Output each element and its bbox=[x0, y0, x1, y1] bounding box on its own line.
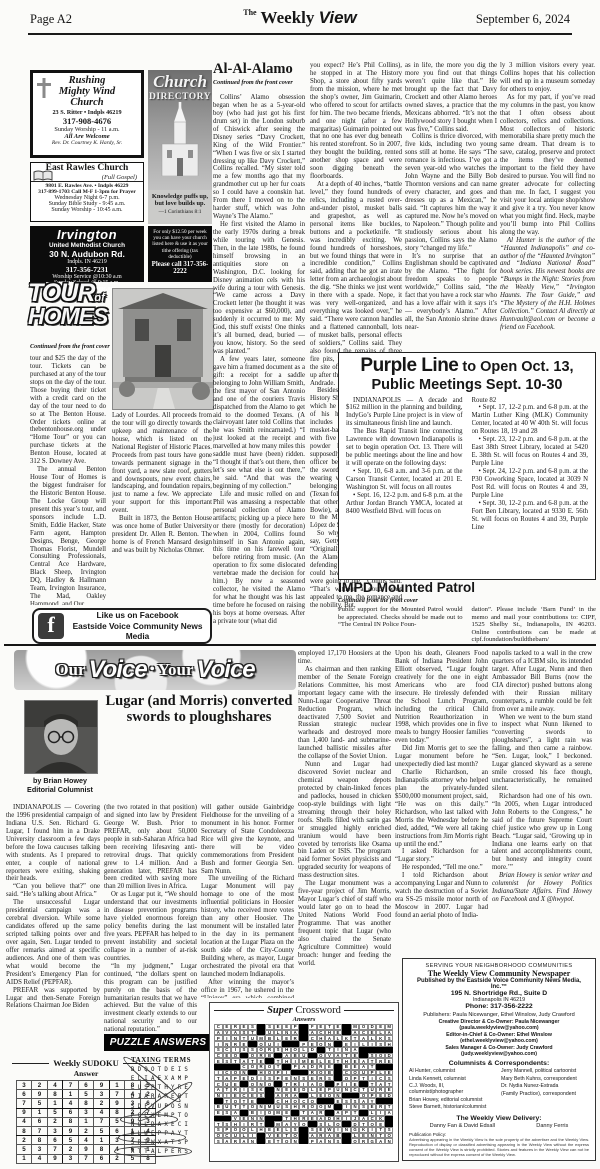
directory-title-caps: DIRECTORY bbox=[148, 92, 212, 102]
headline-rest: to Open Oct. 13, bbox=[458, 359, 573, 375]
paragraph: Did Jim Morris get to see the Lugar monu… bbox=[395, 745, 488, 769]
sudoku-cell: 8 bbox=[32, 1136, 48, 1145]
alamo-headline: Al-Al-Alamo bbox=[213, 61, 309, 78]
our-voice-banner: Our Voice • Your Voice bbox=[14, 650, 296, 690]
sudoku-cell: 9 bbox=[47, 1154, 63, 1163]
crossword-title-row: Super Crossword bbox=[214, 1005, 394, 1016]
paragraph: Charlie Richardson, an Indianapolis atto… bbox=[395, 769, 488, 848]
paragraph: Steve Barnett, historian/columnist bbox=[409, 1104, 497, 1110]
paragraph: PREFAR was supported by Lugar and then-S… bbox=[6, 987, 100, 1011]
sudoku-cell: 3 bbox=[47, 1126, 63, 1135]
sudoku-cell: 4 bbox=[94, 1108, 110, 1117]
crossword-answer-block: Super Crossword Answers CERESSEEPFETEMOD… bbox=[209, 1002, 399, 1162]
wordsearch-row: SDFVUPOSN bbox=[112, 1103, 210, 1112]
sudoku-cell: 4 bbox=[16, 1117, 32, 1126]
purple-line-column-2: Route 82• Sept. 17, 12-2 p.m. and 6-8 p.… bbox=[472, 397, 589, 565]
paragraph: Public support for the Mounted Patrol wo… bbox=[338, 606, 463, 629]
newspaper-title: The Weekly View Community Newspaper bbox=[409, 969, 589, 978]
paragraph: As for my part, if you’ve read my column… bbox=[500, 94, 595, 237]
sudoku-cell: 6 bbox=[78, 1081, 94, 1090]
wordsearch-row: LUSPTHYRE bbox=[112, 1084, 210, 1093]
sudoku-cell: 9 bbox=[32, 1090, 48, 1099]
sudoku-cell: 4 bbox=[47, 1081, 63, 1090]
sudoku-cell: 8 bbox=[94, 1145, 110, 1154]
sudoku-cell: 8 bbox=[16, 1126, 32, 1135]
sudoku-title: Weekly SUDOKU bbox=[53, 1058, 118, 1068]
paragraph: • Sept. 17, 12-2 p.m. and 6-8 p.m. at th… bbox=[472, 404, 589, 436]
issue-date: September 6, 2024 bbox=[476, 12, 570, 27]
sudoku-cell: 5 bbox=[47, 1108, 63, 1117]
sudoku-cell: 1 bbox=[94, 1136, 110, 1145]
columnist-avatar bbox=[24, 700, 98, 774]
crossword-cell: O bbox=[282, 1138, 291, 1144]
sudoku-cell: 5 bbox=[32, 1099, 48, 1108]
crossword-cell bbox=[257, 1138, 266, 1144]
masthead-the: The bbox=[243, 8, 256, 17]
banner-word: Your bbox=[158, 660, 194, 680]
sudoku-cell: 9 bbox=[16, 1108, 32, 1117]
facebook-icon: f bbox=[38, 613, 64, 639]
paragraph: He first visited the Alamo in the early … bbox=[213, 221, 305, 356]
purple-line-article: Purple Line to Open Oct. 13, Public Meet… bbox=[338, 352, 596, 580]
paragraph: ly 3 million visitors every year. Collin… bbox=[500, 62, 595, 94]
sudoku-cell: 5 bbox=[16, 1145, 32, 1154]
church-listing-ad: For only $12.50 per week you can have yo… bbox=[148, 226, 212, 282]
crossword-cell: N bbox=[385, 1138, 394, 1144]
alamo-column-3: as in life, the more you dig the more yo… bbox=[405, 62, 497, 350]
cross-icon bbox=[36, 77, 52, 104]
sudoku-cell: 1 bbox=[63, 1090, 79, 1099]
wordsearch-row: ELIAEXAMP bbox=[112, 1075, 210, 1084]
lugar-column-6: napolis tacked to a wall in the crew qua… bbox=[492, 650, 592, 950]
church-address: 30 N. Audubon Rd. bbox=[30, 249, 144, 259]
columnists-left: Al Hunter, columnistLinda Kennett, colum… bbox=[409, 1068, 497, 1112]
paragraph: Al Hunter is the author of the “Haunted … bbox=[500, 237, 595, 332]
sudoku-cell: 7 bbox=[94, 1117, 110, 1126]
paragraph: Richardson had one of his own. “In 2005,… bbox=[492, 793, 592, 872]
paragraph: “In my judgment,” Lugar continued, “the … bbox=[104, 963, 197, 1032]
crossword-cell: S bbox=[334, 1138, 343, 1144]
crossword-cell: N bbox=[325, 1138, 334, 1144]
sudoku-cell: 3 bbox=[32, 1145, 48, 1154]
newspaper-page: Page A2 The Weekly View September 6, 202… bbox=[0, 0, 600, 1169]
listing-ad-phone: Please call 317-356-2222 bbox=[151, 261, 209, 275]
paragraph: Life and music rolled on and Phil was am… bbox=[213, 491, 305, 626]
directory-title-script: Church bbox=[148, 72, 212, 92]
owners-list: Creative Director & Co-Owner: Paula Nice… bbox=[409, 1019, 589, 1057]
headline-line1: Lugar (and Morris) converted bbox=[102, 694, 296, 710]
paragraph: Dr. Nydia Nunez-Estrada bbox=[501, 1083, 589, 1089]
lugar-headline: Lugar (and Morris) converted swords to p… bbox=[102, 694, 296, 726]
paragraph: The Lugar monument was a five-year proje… bbox=[298, 880, 391, 967]
pastor-name: Rev. Dr. Courtney K. Hardy, Sr. bbox=[33, 140, 141, 146]
puzzle-answers-banner: PUZZLE ANSWERS bbox=[104, 1034, 212, 1051]
paragraph: napolis tacked to a wall in the crew qua… bbox=[492, 650, 592, 714]
paragraph: (the two rotated in that position) and s… bbox=[104, 804, 197, 891]
paragraph: Brian Howey, editorial columnist bbox=[409, 1097, 497, 1103]
irvington-umc-ad: Irvington United Methodist Church 30 N. … bbox=[30, 226, 144, 282]
paragraph: Built in 1873, the Benton House was once… bbox=[112, 515, 212, 555]
headline-rest: Mounted Patrol bbox=[373, 580, 475, 595]
delivery-person: Danny Fan & David Edsall bbox=[430, 1123, 495, 1129]
purple-line-column-1: INDIANAPOLIS — A decade and $162 million… bbox=[346, 397, 463, 565]
sudoku-cell: 2 bbox=[78, 1126, 94, 1135]
welcome-line: All Are Welcome bbox=[33, 133, 141, 140]
lugar-column-1: INDIANAPOLIS — Covering the 1996 preside… bbox=[6, 804, 100, 1030]
paragraph: “Can you believe that?” one said. “He’s … bbox=[6, 883, 100, 899]
tour-of-homes-logo: TOURof HOMES bbox=[28, 282, 112, 328]
masthead-view: View bbox=[319, 8, 357, 27]
purple-line-headline-2: Public Meetings Sept. 10-30 bbox=[346, 377, 588, 393]
paragraph: Brian Howey is senior writer and columni… bbox=[492, 872, 592, 904]
byline: by Brian Howey Editorial Columnist bbox=[8, 776, 112, 794]
paragraph: C.J. Woods, III, columnist/photographer bbox=[409, 1083, 497, 1095]
sudoku-cell: 5 bbox=[94, 1126, 110, 1135]
crossword-cell bbox=[299, 1138, 308, 1144]
paragraph: He responded, “Tell me one.” bbox=[395, 864, 488, 872]
byline-name: by Brian Howey bbox=[8, 776, 112, 785]
rushing-church-ad: Rushing Mighty Wind Church 23 S. Ritter … bbox=[30, 70, 144, 158]
paragraph: It’s no surprise that an Englishman shou… bbox=[405, 253, 497, 332]
tour-article-column-1: tour and $25 the day of the tour. Ticket… bbox=[30, 355, 106, 605]
paragraph: When we went to the burn stand to inspec… bbox=[492, 714, 592, 793]
sudoku-cell: 2 bbox=[47, 1117, 63, 1126]
sudoku-cell: 7 bbox=[78, 1154, 94, 1163]
facebook-promo-text: Like us on Facebook Eastside Voice Commu… bbox=[69, 610, 206, 641]
masthead-info-box: SERVING YOUR NEIGHBORHOOD COMMUNITIES Th… bbox=[402, 958, 596, 1161]
office-address: 195 N. Shortridge Rd., Suite D bbox=[409, 990, 589, 997]
facebook-line2: Eastside Voice Community News Media bbox=[69, 621, 206, 642]
sudoku-cell: 9 bbox=[78, 1145, 94, 1154]
church-phone: 317-356-7231 bbox=[30, 265, 144, 274]
paragraph: Sales Manager & Co-Owner: Judy Crawford … bbox=[409, 1045, 589, 1057]
verse-reference: —1 Corinthians 8:1 bbox=[148, 209, 212, 215]
sudoku-cell: 6 bbox=[94, 1154, 110, 1163]
crossword-cell: G bbox=[368, 1138, 377, 1144]
impd-column-2: dation”. Please include ‘Barn Fund’ in t… bbox=[472, 606, 597, 644]
sudoku-cell: 2 bbox=[32, 1081, 48, 1090]
service-time: Sunday Worship - 10:45 a.m. bbox=[31, 207, 143, 213]
sudoku-cell: 3 bbox=[16, 1081, 32, 1090]
crossword-cell: R bbox=[359, 1138, 368, 1144]
lugar-column-5: Upon his death, Gleaners Food Bank of In… bbox=[395, 650, 488, 952]
crossword-cell: A bbox=[376, 1138, 385, 1144]
verse-text: Knowledge puffs up, but love builds up. bbox=[148, 193, 212, 208]
sudoku-cell: 4 bbox=[32, 1154, 48, 1163]
paragraph: INDIANAPOLIS — A decade and $162 million… bbox=[346, 397, 463, 429]
paragraph: Route 82 bbox=[472, 397, 589, 405]
masthead-weekly: Weekly bbox=[261, 8, 315, 27]
sudoku-cell: 1 bbox=[16, 1154, 32, 1163]
crossword-cell: P bbox=[308, 1138, 317, 1144]
church-address: 23 S. Ritter • Indpls 46219 bbox=[33, 109, 141, 116]
sudoku-cell: 1 bbox=[32, 1108, 48, 1117]
paragraph: The unsuccessful Lugar presidential camp… bbox=[6, 899, 100, 986]
office-phone: Phone: 317-356-2222 bbox=[409, 1003, 589, 1010]
listing-ad-text: For only $12.50 per week you can have yo… bbox=[151, 229, 209, 260]
church-logo-text: Irvington bbox=[30, 227, 144, 242]
continued-note: Continued from the front cover bbox=[338, 597, 596, 604]
title-rule bbox=[344, 1010, 394, 1011]
sudoku-cell: 2 bbox=[63, 1145, 79, 1154]
wordsearch-row: SRTWXATSP bbox=[112, 1139, 210, 1148]
paragraph: (Family Practice), correspondent bbox=[501, 1091, 589, 1097]
paragraph: • Sept. 10, 6-8 a.m. and 3-6 p.m. at the… bbox=[346, 468, 463, 492]
paragraph: The Bus Rapid Transit line connecting La… bbox=[346, 428, 463, 468]
paragraph: As chairman and then ranking member of t… bbox=[298, 666, 391, 761]
columnists-heading: Columnists & Correspondents: bbox=[409, 1060, 589, 1067]
headline-bold: IMPD bbox=[338, 580, 373, 595]
church-phone: 317-899-1703 Call M-F 1-3pm for Prayer bbox=[31, 189, 143, 195]
header-rule bbox=[28, 33, 572, 35]
paragraph: Collins is thrice divorced, with five ki… bbox=[405, 133, 497, 252]
title-rule bbox=[214, 1010, 264, 1011]
sudoku-cell: 6 bbox=[63, 1108, 79, 1117]
crossword-cell: A bbox=[317, 1138, 326, 1144]
paragraph: as in life, the more you dig the more yo… bbox=[405, 62, 497, 133]
impd-article: IMPD Mounted Patrol Continued from the f… bbox=[338, 580, 596, 644]
wordsearch-row: DIARAREBT bbox=[112, 1093, 210, 1102]
crossword-title-rest: Crossword bbox=[293, 1005, 341, 1016]
sudoku-cell: 3 bbox=[63, 1154, 79, 1163]
sudoku-cell: 6 bbox=[32, 1117, 48, 1126]
sudoku-cell: 6 bbox=[16, 1090, 32, 1099]
crossword-cell bbox=[342, 1138, 351, 1144]
lugar-column-4: employed 17,170 Hoosiers at the time.As … bbox=[298, 650, 391, 998]
continued-note: Continued from the front cover bbox=[30, 343, 110, 350]
paragraph: Collins’ Alamo obsession began when he a… bbox=[213, 94, 305, 221]
paragraph: Upon his death, Gleaners Food Bank of In… bbox=[395, 650, 488, 745]
wordsearch-title: TAXING TERMS bbox=[112, 1056, 210, 1064]
worship-time: Sunday Worship - 11 a.m. bbox=[33, 126, 141, 133]
sudoku-cell: 8 bbox=[78, 1099, 94, 1108]
sudoku-cell: 5 bbox=[63, 1136, 79, 1145]
banner-word: Our bbox=[55, 660, 85, 680]
columnists-right: Jerry Mannell, political cartoonistMary … bbox=[501, 1068, 589, 1112]
paragraph: you expect? He’s Phil Collins), he stopp… bbox=[310, 62, 402, 181]
paragraph: A few years later, someone gave him a fr… bbox=[213, 356, 305, 491]
church-name: United Methodist Church bbox=[30, 242, 144, 249]
crossword-cell: R bbox=[231, 1138, 240, 1144]
sudoku-cell: 8 bbox=[63, 1117, 79, 1126]
byline-role: Editorial Columnist bbox=[8, 785, 112, 794]
crossword-cell: S bbox=[214, 1138, 223, 1144]
paragraph: • Sept. 23, 12-2 p.m. and 6-8 p.m. at th… bbox=[472, 436, 589, 468]
tour-logo-word: HOMES bbox=[28, 306, 112, 328]
scripture-verse: Knowledge puffs up, but love builds up. … bbox=[148, 190, 212, 224]
paragraph: The unveiling of the Richard Lugar Monum… bbox=[201, 875, 294, 978]
purple-line-headline: Purple Line to Open Oct. 13, bbox=[346, 356, 588, 377]
paragraph: I asked Richardson for a “Lugar story.” bbox=[395, 848, 488, 864]
publishers-line: Publishers: Paula Nicewanger, Ethel Wins… bbox=[409, 1012, 589, 1018]
paragraph: Nunn and Lugar had discovered Soviet nuc… bbox=[298, 761, 391, 880]
paragraph: INDIANAPOLIS — Covering the 1996 preside… bbox=[6, 804, 100, 883]
alamo-column-4: ly 3 million visitors every year. Collin… bbox=[500, 62, 595, 350]
crossword-cell: N bbox=[248, 1138, 257, 1144]
crossword-cell: O bbox=[351, 1138, 360, 1144]
sudoku-cell: 7 bbox=[16, 1099, 32, 1108]
church-phone: 317-908-4676 bbox=[33, 116, 141, 126]
paragraph: Jerry Mannell, political cartoonist bbox=[501, 1068, 589, 1074]
crossword-cell: A bbox=[223, 1138, 232, 1144]
sudoku-cell: 6 bbox=[47, 1136, 63, 1145]
church-steeple-icon bbox=[148, 163, 212, 180]
paragraph: Creative Director & Co-Owner: Paula Nice… bbox=[409, 1019, 589, 1031]
continued-note: Continued from the front cover bbox=[213, 79, 309, 86]
impd-column-1: Public support for the Mounted Patrol wo… bbox=[338, 606, 463, 644]
wordsearch-row: PCEXEMPTO bbox=[112, 1112, 210, 1121]
crossword-cell: N bbox=[291, 1138, 300, 1144]
sudoku-cell: 4 bbox=[78, 1136, 94, 1145]
delivery-row: Danny Fan & David Edsall Danny Ferris bbox=[409, 1123, 589, 1129]
lugar-column-2: (the two rotated in that position) and s… bbox=[104, 804, 197, 1032]
lugar-column-3: will gather outside Gainbridge Fieldhous… bbox=[201, 804, 294, 998]
paragraph: The annual Benton House Tour of Homes is… bbox=[30, 466, 106, 605]
paragraph: After winning the mayor’s office in 1967… bbox=[201, 979, 294, 998]
crossword-title-bold: Super bbox=[267, 1005, 293, 1016]
wordsearch-row: NOLDAXECI bbox=[112, 1121, 210, 1130]
sudoku-cell: 5 bbox=[78, 1090, 94, 1099]
wordsearch-answer-block: TAXING TERMS BDQOTDEISELIAEXAMPLUSPTHYRE… bbox=[112, 1056, 210, 1158]
title-rule bbox=[12, 1063, 49, 1064]
sudoku-cell: 1 bbox=[47, 1099, 63, 1108]
crossword-grid: CERESSEEPFETEMODEMAVASTULNAACHEACELAPINT… bbox=[214, 1024, 394, 1144]
paragraph: Mary Beth Kuhns, correspondent bbox=[501, 1076, 589, 1082]
paragraph: Lady of Lourdes. All proceeds from the t… bbox=[112, 412, 212, 515]
policy-text: Advertising appearing in the Weekly View… bbox=[409, 1137, 589, 1157]
crossword-cell: E bbox=[265, 1138, 274, 1144]
paragraph: • Sept. 30, 12-2 p.m. and 6-8 p.m. at th… bbox=[472, 500, 589, 532]
paragraph: Al Hunter, columnist bbox=[409, 1068, 497, 1074]
sudoku-cell: 3 bbox=[78, 1108, 94, 1117]
banner-separator: • bbox=[150, 662, 155, 678]
impd-headline: IMPD Mounted Patrol bbox=[338, 580, 596, 596]
paragraph: I told Richardson about accompanying Lug… bbox=[395, 872, 488, 920]
wordsearch-row: DLWEPPAYT bbox=[112, 1130, 210, 1139]
wordsearch-row: BDQOTDEIS bbox=[112, 1066, 210, 1075]
wordsearch-grid: BDQOTDEISELIAEXAMPLUSPTHYREDIARAREBTSDFV… bbox=[112, 1066, 210, 1158]
sudoku-cell: 2 bbox=[16, 1136, 32, 1145]
paragraph: will gather outside Gainbridge Fieldhous… bbox=[201, 804, 294, 875]
sudoku-cell: 3 bbox=[94, 1090, 110, 1099]
sudoku-cell: 8 bbox=[47, 1090, 63, 1099]
benton-house-photo bbox=[112, 288, 214, 410]
sudoku-cell: 7 bbox=[47, 1145, 63, 1154]
crossword-cell: T bbox=[274, 1138, 283, 1144]
banner-word: Voice bbox=[89, 656, 147, 684]
sudoku-cell: 9 bbox=[94, 1081, 110, 1090]
paragraph: • Sept. 16, 12-2 p.m. and 6-8 p.m. at th… bbox=[346, 492, 463, 516]
facebook-promo: f Like us on Facebook Eastside Voice Com… bbox=[32, 608, 212, 644]
alamo-column-1: Collins’ Alamo obsession began when he a… bbox=[213, 94, 305, 738]
delivery-heading: The Weekly View Delivery: bbox=[409, 1115, 589, 1122]
paragraph: Linda Kennett, columnist bbox=[409, 1076, 497, 1082]
sudoku-cell: 7 bbox=[63, 1081, 79, 1090]
paragraph: dation”. Please include ‘Barn Fund’ in t… bbox=[472, 606, 597, 644]
east-rawles-church-ad: East Rawles Church (Full Gospel) 9801 E.… bbox=[30, 162, 144, 222]
paragraph: employed 17,170 Hoosiers at the time. bbox=[298, 650, 391, 666]
headline-bold: Purple Line bbox=[360, 355, 458, 376]
church-directory-banner: Church DIRECTORY bbox=[148, 70, 212, 190]
sudoku-cell: 7 bbox=[32, 1126, 48, 1135]
sudoku-cell: 4 bbox=[63, 1099, 79, 1108]
section-divider bbox=[4, 644, 596, 646]
facebook-line1: Like us on Facebook bbox=[69, 610, 206, 620]
tour-article-column-2: Lady of Lourdes. All proceeds from the t… bbox=[112, 412, 212, 604]
paragraph: Editor-in-Chief & Co-Owner: Ethel Winslo… bbox=[409, 1032, 589, 1044]
crossword-cell: A bbox=[240, 1138, 249, 1144]
wordsearch-row: ATTALPERS bbox=[112, 1148, 210, 1157]
sudoku-cell: 1 bbox=[78, 1117, 94, 1126]
paragraph: tour and $25 the day of the tour. Ticket… bbox=[30, 355, 106, 466]
headline-line2: swords to ploughshares bbox=[102, 710, 296, 726]
banner-word: Voice bbox=[197, 656, 255, 684]
crossword-answers-label: Answers bbox=[214, 1016, 394, 1023]
paragraph: Or as Lugar put it, “We should understan… bbox=[104, 891, 197, 962]
paragraph: • Sept. 24, 12-2 p.m. and 6-8 p.m. at th… bbox=[472, 468, 589, 500]
bible-icon bbox=[33, 169, 53, 188]
published-by: Published by the Eastside Voice Communit… bbox=[409, 978, 589, 990]
delivery-person: Danny Ferris bbox=[536, 1123, 568, 1129]
sudoku-cell: 2 bbox=[94, 1099, 110, 1108]
sudoku-cell: 9 bbox=[63, 1126, 79, 1135]
